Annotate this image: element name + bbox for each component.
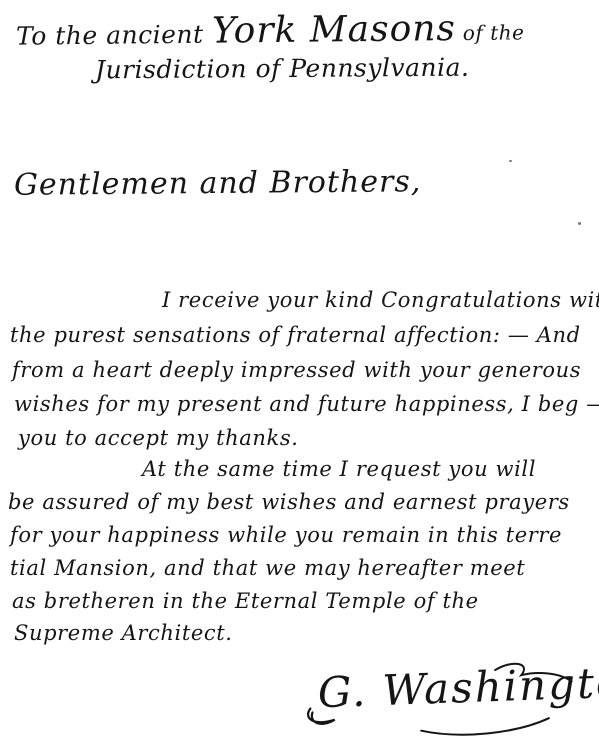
address-lead: To the ancient xyxy=(16,20,212,51)
body-line: as bretheren in the Eternal Temple of th… xyxy=(12,589,479,613)
scan-speck xyxy=(578,222,581,225)
body-line: be assured of my best wishes and earnest… xyxy=(8,490,570,514)
address-line-2: Jurisdiction of Pennsylvania. xyxy=(95,53,470,85)
scan-speck xyxy=(509,160,512,162)
scan-speck xyxy=(506,37,509,40)
body-line: you to accept my thanks. xyxy=(18,426,299,450)
body-line: from a heart deeply impressed with your … xyxy=(12,358,581,382)
body-line: At the same time I request you will xyxy=(142,457,536,481)
body-line: Supreme Architect. xyxy=(14,621,233,645)
address-trail: of the xyxy=(456,20,525,45)
body-line: I receive your kind Congratulations with xyxy=(162,288,599,312)
salutation: Gentlemen and Brothers, xyxy=(14,164,422,203)
signature-block: G. Washington xyxy=(299,647,582,743)
body-line: tial Mansion, and that we may hereafter … xyxy=(10,556,525,580)
body-line: for your happiness while you remain in t… xyxy=(10,523,562,547)
address-emphasis: York Masons xyxy=(212,8,456,52)
letter-page: To the ancient York Masons of the Jurisd… xyxy=(0,0,599,743)
body-line: the purest sensations of fraternal affec… xyxy=(10,323,581,347)
address-line-1: To the ancient York Masons of the xyxy=(16,7,525,53)
body-line: wishes for my present and future happine… xyxy=(14,392,599,416)
